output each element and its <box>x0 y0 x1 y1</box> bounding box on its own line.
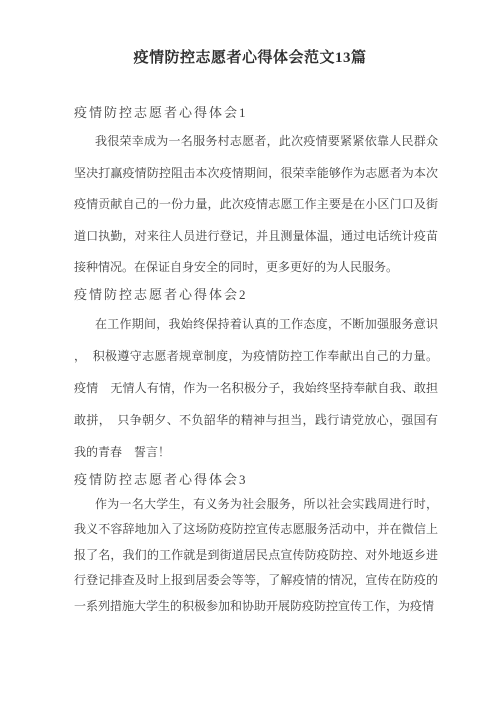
text-line: 我的青春 誓言！ <box>74 436 438 468</box>
text-line: 报了名，我们的工作就是到街道居民点宣传防疫防控、对外地返乡进 <box>74 543 438 569</box>
section-3-paragraph: 作为一名大学生，有义务为社会服务，所以社会实践周进行时，我义不容辞地加入了这场防… <box>74 492 438 620</box>
text-line: 疫情贡献自己的一份力量，此次疫情志愿工作主要是在小区门口及街 <box>74 189 438 221</box>
section-1-paragraph: 我很荣幸成为一名服务村志愿者，此次疫情要紧紧依靠人民群众坚决打赢疫情防控阻击本次… <box>74 126 438 284</box>
text-line: 疫情 无情人有情，作为一名积极分子，我始终坚持奉献自我、敢担 <box>74 372 438 404</box>
section-3-heading: 疫情防控志愿者心得体会3 <box>74 472 438 488</box>
text-line: 作为一名大学生，有义务为社会服务，所以社会实践周进行时， <box>74 492 438 518</box>
document-title: 疫情防控志愿者心得体会范文13篇 <box>0 48 500 68</box>
text-line: ， 积极遵守志愿者规章制度，为疫情防控工作奉献出自己的力量。 <box>74 340 438 372</box>
text-line: 行登记排查及时上报到居委会等等，了解疫情的情况，宣传在防疫的 <box>74 568 438 594</box>
section-2-heading: 疫情防控志愿者心得体会2 <box>74 287 438 303</box>
section-2-paragraph: 在工作期间，我始终保持着认真的工作态度，不断加强服务意识， 积极遵守志愿者规章制… <box>74 308 438 468</box>
text-line: 一系列措施大学生的积极参加和协助开展防疫防控宣传工作，为疫情 <box>74 594 438 620</box>
section-1-heading: 疫情防控志愿者心得体会1 <box>74 105 438 121</box>
section-2: 疫情防控志愿者心得体会2 在工作期间，我始终保持着认真的工作态度，不断加强服务意… <box>74 287 438 468</box>
text-line: 在工作期间，我始终保持着认真的工作态度，不断加强服务意识 <box>74 308 438 340</box>
section-3: 疫情防控志愿者心得体会3 作为一名大学生，有义务为社会服务，所以社会实践周进行时… <box>74 472 438 620</box>
text-line: 敢拼， 只争朝夕、不负韶华的精神与担当，践行请党放心，强国有 <box>74 404 438 436</box>
text-line: 我义不容辞地加入了这场防疫防控宣传志愿服务活动中，并在微信上 <box>74 517 438 543</box>
text-line: 接种情况。在保证自身安全的同时，更多更好的为人民服务。 <box>74 252 438 284</box>
document-page: 疫情防控志愿者心得体会范文13篇 疫情防控志愿者心得体会1 我很荣幸成为一名服务… <box>0 0 500 707</box>
text-line: 坚决打赢疫情防控阻击本次疫情期间，很荣幸能够作为志愿者为本次 <box>74 158 438 190</box>
text-line: 我很荣幸成为一名服务村志愿者，此次疫情要紧紧依靠人民群众 <box>74 126 438 158</box>
text-line: 道口执勤，对来往人员进行登记，并且测量体温，通过电话统计疫苗 <box>74 221 438 253</box>
section-1: 疫情防控志愿者心得体会1 我很荣幸成为一名服务村志愿者，此次疫情要紧紧依靠人民群… <box>74 105 438 284</box>
